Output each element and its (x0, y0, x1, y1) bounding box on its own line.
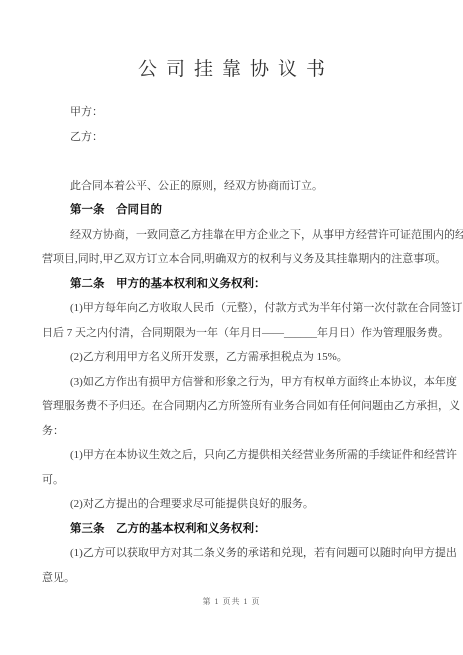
article-2-item-1-line-1: (1)甲方每年向乙方收取人民币（元整），付款方式为半年付第一次付款在合同签订 (0, 296, 463, 321)
blank-line (0, 149, 463, 174)
article-3-item-1-line-1: (1)乙方可以获取甲方对其二条义务的承诺和兑现，若有问题可以随时向甲方提出 (0, 541, 463, 566)
document-page: 公司挂靠协议书 甲方： 乙方： 此合同本着公平、公正的原则，经双方协商而订立。 … (0, 0, 463, 655)
party-b-label: 乙方： (0, 125, 463, 150)
article-2-item-2: (2)乙方利用甲方名义所开发票，乙方需承担税点为 15%。 (0, 345, 463, 370)
article-2-item-3-line-2: 管理服务费不予归还。在合同期内乙方所签所有业务合同如有任何问题由乙方承担，义 (0, 394, 463, 419)
page-number: 第 1 页共 1 页 (0, 590, 463, 615)
preamble-text: 此合同本着公平、公正的原则，经双方协商而订立。 (0, 174, 463, 199)
party-a-label: 甲方： (0, 100, 463, 125)
article-2-item-3-line-3: 务： (0, 419, 463, 444)
article-2-item-3-line-1: (3)如乙方作出有损甲方信誉和形象之行为，甲方有权单方面终止本协议，本年度 (0, 370, 463, 395)
article-2-duty-1-line-1: (1)甲方在本协议生效之后，只向乙方提供相关经营业务所需的手续证件和经营许 (0, 443, 463, 468)
article-3-item-1-line-2: 意见。 (0, 566, 463, 591)
article-2-heading: 第二条 甲方的基本权利和义务权利： (0, 272, 463, 297)
document-title: 公司挂靠协议书 (0, 56, 463, 84)
article-1-line-1: 经双方协商，一致同意乙方挂靠在甲方企业之下，从事甲方经营许可证范围内的经 (0, 223, 463, 248)
article-1-line-2: 营项目,同时,甲乙双方订立本合同,明确双方的权利与义务及其挂靠期内的注意事项。 (0, 247, 463, 272)
article-1-heading: 第一条 合同目的 (0, 198, 463, 223)
article-3-heading: 第三条 乙方的基本权利和义务权利： (0, 517, 463, 542)
article-2-duty-1-line-2: 可。 (0, 468, 463, 493)
title-spacer (0, 84, 463, 100)
article-2-duty-2: (2)对乙方提出的合理要求尽可能提供良好的服务。 (0, 492, 463, 517)
article-2-item-1-line-2: 日后 7 天之内付清，合同期限为一年（年月日——______年月日）作为管理服务… (0, 321, 463, 346)
